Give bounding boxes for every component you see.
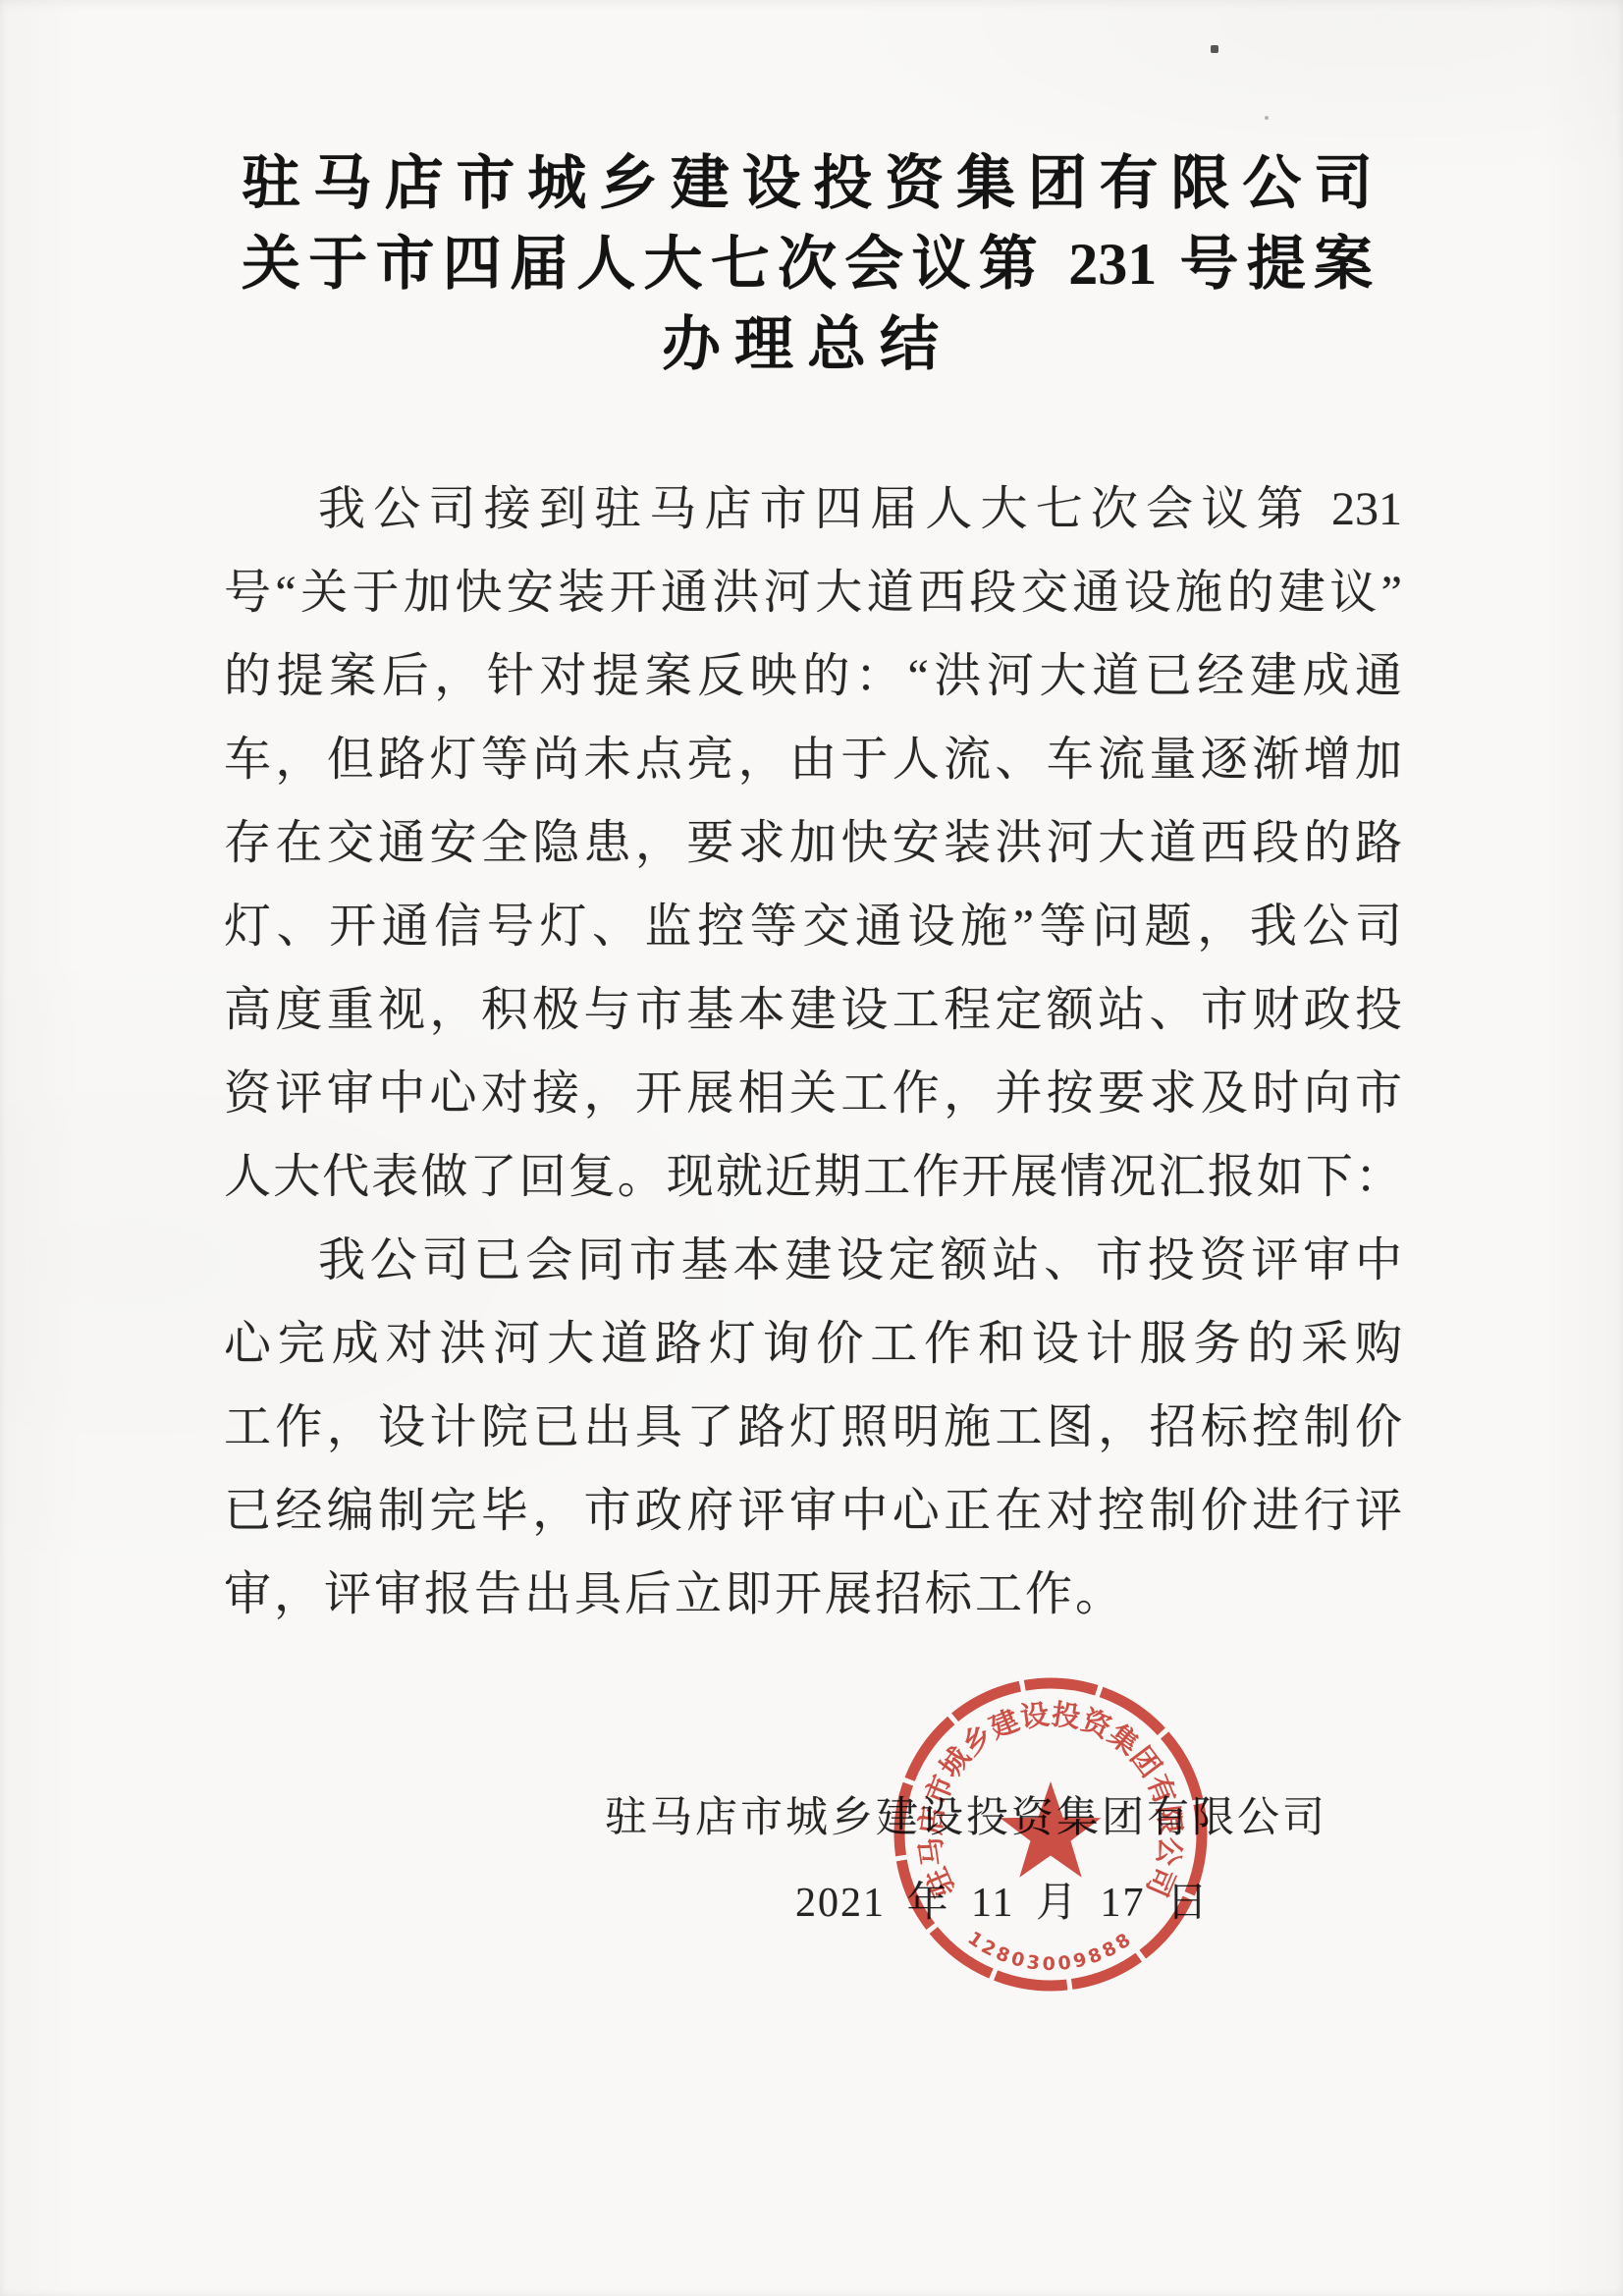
body-line: 号“关于加快安装开通洪河大道西段交通设施的建议”	[224, 551, 1402, 634]
seal-star	[1001, 1781, 1102, 1878]
body-line: 高度重视，积极与市基本建设工程定额站、市财政投	[224, 968, 1402, 1052]
body-line: 我公司已会同市基本建设定额站、市投资评审中	[224, 1219, 1402, 1302]
body-line: 我公司接到驻马店市四届人大七次会议第 231	[224, 467, 1402, 551]
title-line-1: 驻马店市城乡建设投资集团有限公司	[242, 143, 1373, 224]
body-line: 人大代表做了回复。现就近期工作开展情况汇报如下：	[224, 1135, 1402, 1219]
body-line: 心完成对洪河大道路灯询价工作和设计服务的采购	[224, 1302, 1402, 1386]
document-page: 驻马店市城乡建设投资集团有限公司 关于市四届人大七次会议第 231 号提案 办理…	[0, 0, 1623, 2296]
title-line-3: 办理总结	[242, 304, 1373, 385]
body-line: 资评审中心对接，开展相关工作，并按要求及时向市	[224, 1052, 1402, 1135]
body-line: 工作，设计院已出具了路灯照明施工图，招标控制价	[224, 1386, 1402, 1469]
document-title: 驻马店市城乡建设投资集团有限公司 关于市四届人大七次会议第 231 号提案 办理…	[242, 143, 1373, 385]
scan-speck	[1211, 45, 1218, 53]
body-line: 已经编制完毕，市政府评审中心正在对控制价进行评	[224, 1469, 1402, 1553]
title-line-2: 关于市四届人大七次会议第 231 号提案	[242, 224, 1373, 304]
body-line: 审，评审报告出具后立即开展招标工作。	[224, 1553, 1402, 1636]
official-seal: 驻马店市城乡建设投资集团有限公司 4128030098886	[886, 1669, 1216, 1999]
scan-speck	[1265, 116, 1269, 120]
document-body: 我公司接到驻马店市四届人大七次会议第 231 号“关于加快安装开通洪河大道西段交…	[224, 467, 1402, 1636]
body-line: 灯、开通信号灯、监控等交通设施”等问题，我公司	[224, 885, 1402, 968]
body-line: 的提案后，针对提案反映的：“洪河大道已经建成通	[224, 634, 1402, 718]
body-line: 车，但路灯等尚未点亮，由于人流、车流量逐渐增加	[224, 718, 1402, 801]
body-line: 存在交通安全隐患，要求加快安装洪河大道西段的路	[224, 801, 1402, 885]
